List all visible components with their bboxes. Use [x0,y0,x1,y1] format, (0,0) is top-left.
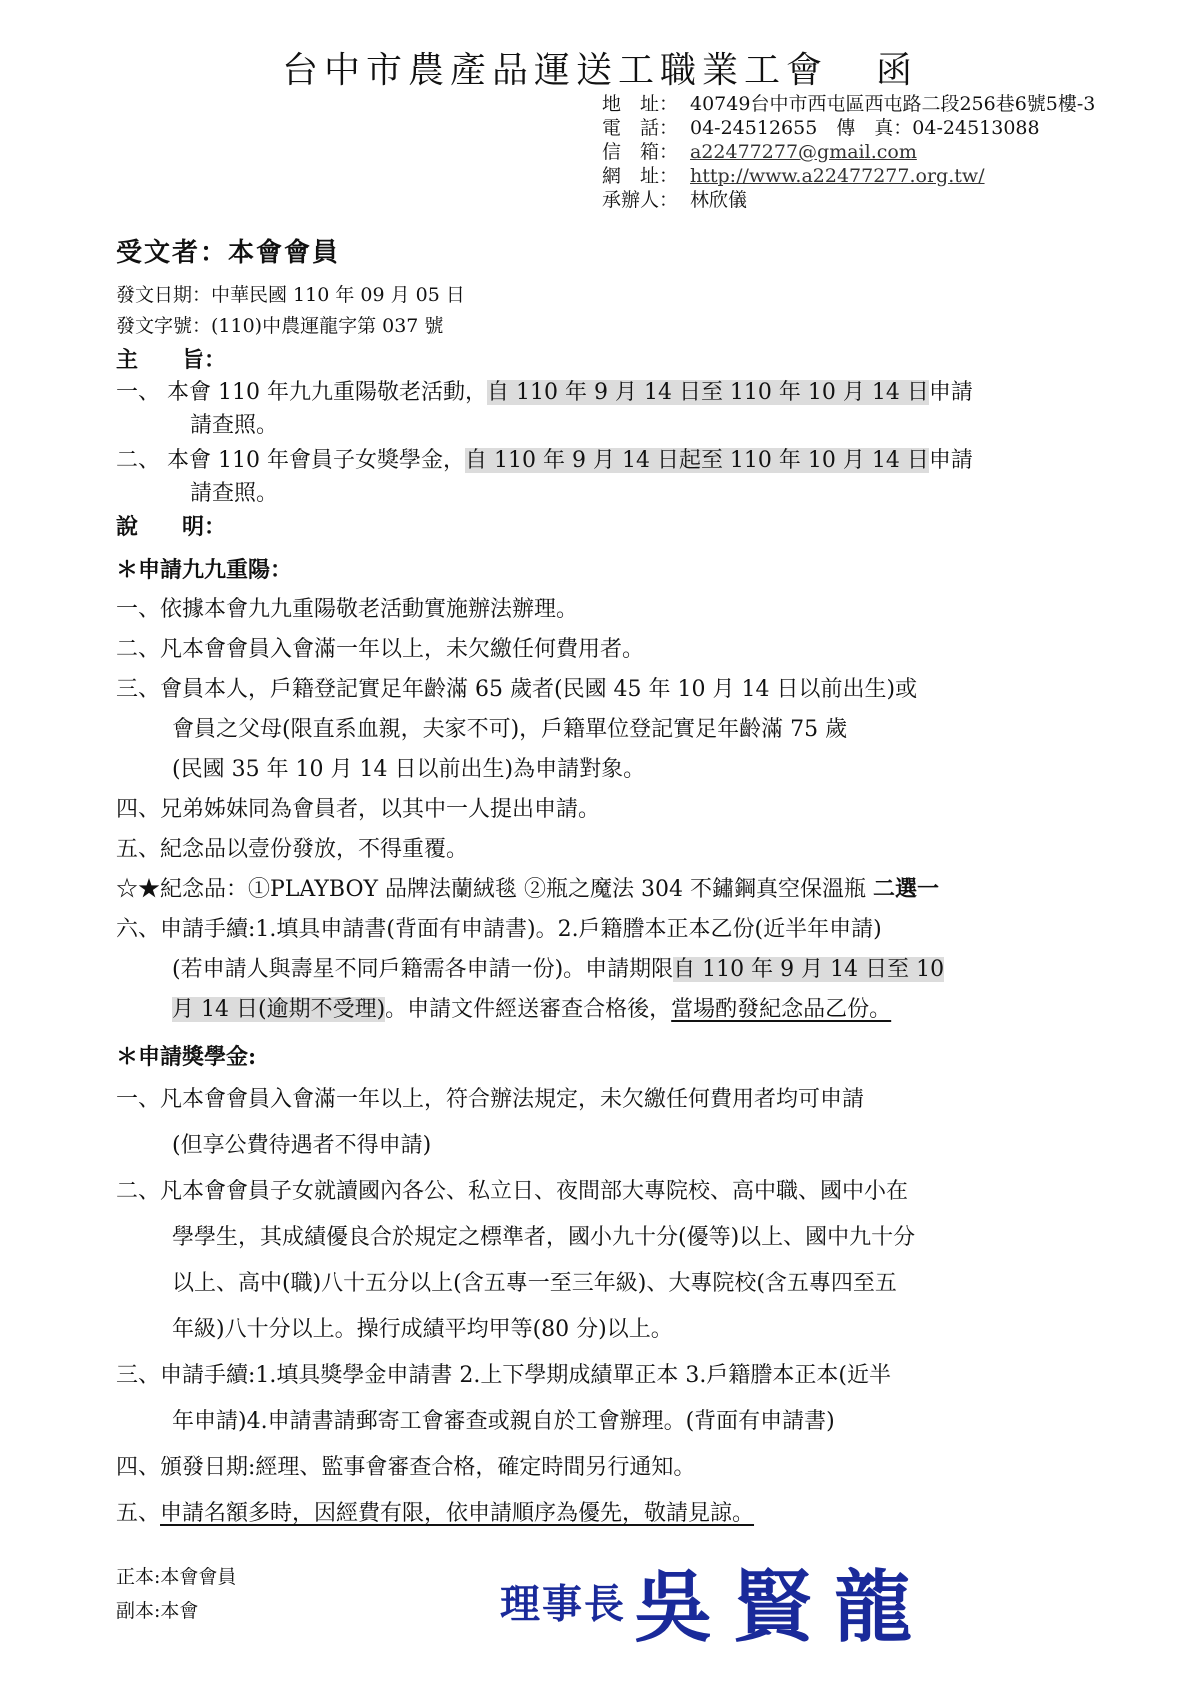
highlight-date-range: 自 110 年 9 月 14 日起至 110 年 10 月 14 日 [465,448,929,473]
chairman-signature-stamp: 理事長吳賢龍 [500,1545,934,1657]
scholarship-item: 一、凡本會會員入會滿一年以上，符合辦法規定，未欠繳任何費用者均可申請 [116,1082,864,1113]
subject-item-2-cont: 請查照。 [190,476,278,507]
scholarship-item-cont: 年申請)4.申請書請郵寄工會審查或親自於工會辦理。(背面有申請書) [172,1404,835,1435]
underlined-note: 申請名額多時，因經費有限，依申請順序為優先，敬請見諒。 [160,1501,754,1526]
choose-one: 二選一 [873,876,939,902]
scholarship-item: 二、凡本會會員子女就讀國內各公、私立日、夜間部大專院校、高中職、國中小在 [116,1174,908,1205]
highlight-date-range: 自 110 年 9 月 14 日至 110 年 10 月 14 日 [487,380,929,405]
double-nine-item: 一、依據本會九九重陽敬老活動實施辦法辦理。 [116,592,578,623]
signature-name: 吳賢龍 [634,1562,934,1653]
letter-title: 台中市農產品運送工職業工會函 [0,42,1200,93]
contact-website: 網 址：http://www.a22477277.org.tw/ [602,164,1095,188]
subject-item-1-cont: 請查照。 [190,408,278,439]
copy-recipient: 副本:本會 [116,1596,198,1623]
procedure-line-2: (若申請人與壽星不同戶籍需各申請一份)。申請期限自 110 年 9 月 14 日… [172,952,944,983]
subject-heading: 主 旨： [116,343,226,374]
double-nine-item: 四、兄弟姊妹同為會員者，以其中一人提出申請。 [116,792,600,823]
contact-phone: 電 話：04-24512655 傳 真：04-24513088 [602,116,1095,140]
contact-handler: 承辦人：林欣儀 [602,188,1095,212]
double-nine-item: 五、紀念品以壹份發放，不得重覆。 [116,832,468,863]
recipient: 受文者：本會會員 [116,232,340,269]
double-nine-item-cont: (民國 35 年 10 月 14 日以前出生)為申請對象。 [172,752,645,783]
contact-block: 地 址：40749台中市西屯區西屯路二段256巷6號5樓-3 電 話：04-24… [602,92,1095,212]
underlined-gift-note: 當場酌發紀念品乙份。 [671,997,891,1022]
contact-email: 信 箱：a22477277@gmail.com [602,140,1095,164]
procedure-line-1: 六、申請手續:1.填具申請書(背面有申請書)。2.戶籍謄本正本乙份(近半年申請) [116,912,882,943]
scholarship-item: 三、申請手續:1.填具獎學金申請書 2.上下學期成績單正本 3.戶籍謄本正本(近… [116,1358,891,1389]
double-nine-heading: ＊申請九九重陽： [116,553,292,584]
website-link[interactable]: http://www.a22477277.org.tw/ [690,165,985,187]
double-nine-item-cont: 會員之父母(限直系血親，夫家不可)，戶籍單位登記實足年齡滿 75 歲 [172,712,847,743]
org-title: 台中市農產品運送工職業工會 [282,50,828,91]
email-link[interactable]: a22477277@gmail.com [690,141,917,163]
issue-date: 發文日期：中華民國 110 年 09 月 05 日 [116,280,465,307]
issue-number: 發文字號：(110)中農運龍字第 037 號 [116,311,443,338]
doc-type: 函 [876,50,918,91]
double-nine-item: 三、會員本人，戶籍登記實足年齡滿 65 歲者(民國 45 年 10 月 14 日… [116,672,917,703]
scholarship-item-cont: 年級)八十分以上。操行成績平均甲等(80 分)以上。 [172,1312,673,1343]
double-nine-item: 二、凡本會會員入會滿一年以上，未欠繳任何費用者。 [116,632,644,663]
scholarship-item-cont: (但享公費待遇者不得申請) [172,1128,431,1159]
contact-address: 地 址：40749台中市西屯區西屯路二段256巷6號5樓-3 [602,92,1095,116]
scholarship-item-cont: 以上、高中(職)八十五分以上(含五專一至三年級)、大專院校(含五專四至五 [172,1266,897,1297]
scholarship-item-cont: 學學生，其成績優良合於規定之標準者，國小九十分(優等)以上、國中九十分 [172,1220,915,1251]
subject-item-2: 二、 本會 110 年會員子女獎學金，自 110 年 9 月 14 日起至 11… [116,443,973,474]
gift-line: ☆★紀念品：①PLAYBOY 品牌法蘭絨毯 ②瓶之魔法 304 不鏽鋼真空保溫瓶… [116,872,939,903]
procedure-line-3: 月 14 日(逾期不受理)。申請文件經送審查合格後，當場酌發紀念品乙份。 [172,992,891,1023]
highlight-deadline: 月 14 日(逾期不受理) [172,997,385,1022]
original-recipient: 正本:本會會員 [116,1562,236,1589]
scholarship-heading: ＊申請獎學金: [116,1040,256,1071]
explain-heading: 說 明： [116,510,226,541]
highlight-deadline: 自 110 年 9 月 14 日至 10 [673,957,944,982]
scholarship-item: 四、頒發日期:經理、監事會審查合格，確定時間另行通知。 [116,1450,695,1481]
subject-item-1: 一、 本會 110 年九九重陽敬老活動，自 110 年 9 月 14 日至 11… [116,375,973,406]
star-icon: ☆★紀念品：①PLAYBOY 品牌法蘭絨毯 ②瓶之魔法 304 不鏽鋼真空保溫瓶 [116,877,873,902]
official-letter: 台中市農產品運送工職業工會函 地 址：40749台中市西屯區西屯路二段256巷6… [0,0,1200,1697]
signature-role: 理事長 [500,1581,626,1628]
scholarship-item: 五、申請名額多時，因經費有限，依申請順序為優先，敬請見諒。 [116,1496,754,1527]
